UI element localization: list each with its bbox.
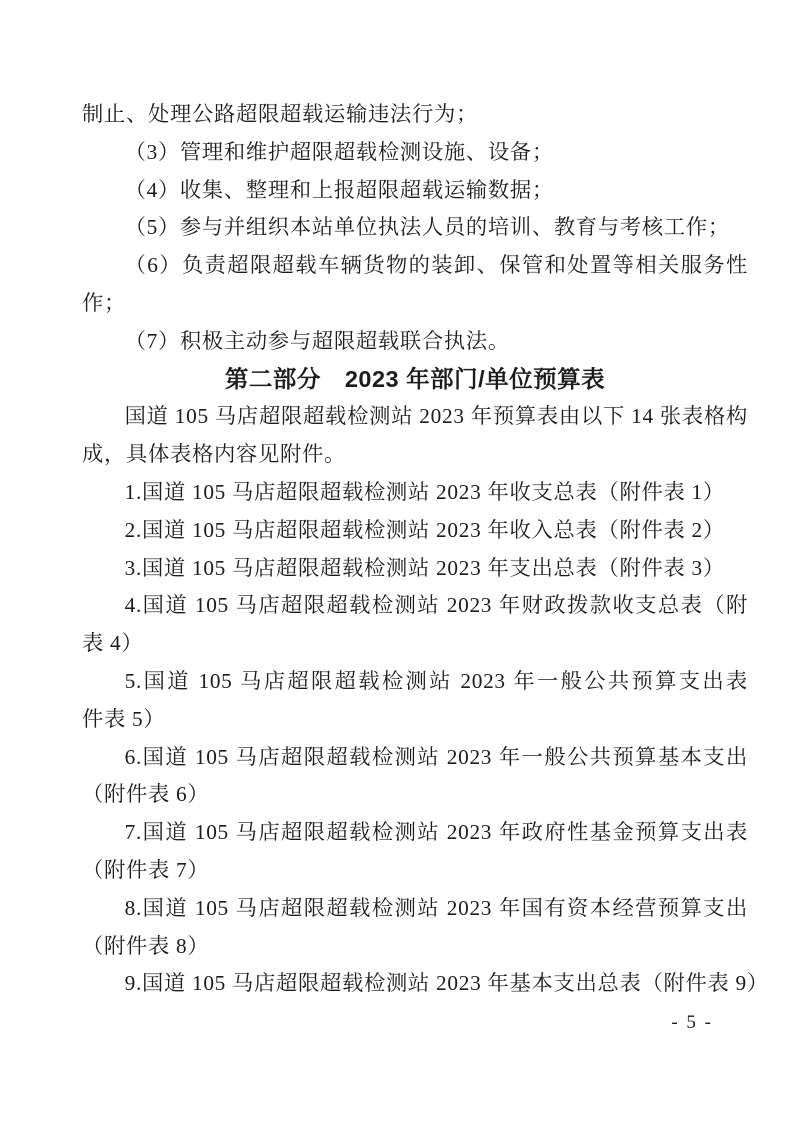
text-line: （附件表 6） bbox=[82, 776, 748, 814]
text-line: （附件表 8） bbox=[82, 928, 748, 966]
text-line: 7.国道 105 马店超限超载检测站 2023 年政府性基金预算支出表 bbox=[82, 814, 748, 852]
text-line: 件表 5） bbox=[82, 701, 748, 739]
text-line: （7）积极主动参与超限超载联合执法。 bbox=[82, 323, 748, 361]
document-page: 制止、处理公路超限超载运输违法行为；（3）管理和维护超限超载检测设施、设备；（4… bbox=[0, 0, 793, 1122]
text-line: 成，具体表格内容见附件。 bbox=[82, 436, 748, 474]
text-line: 6.国道 105 马店超限超载检测站 2023 年一般公共预算基本支出表 bbox=[82, 739, 748, 777]
text-line: （5）参与并组织本站单位执法人员的培训、教育与考核工作； bbox=[82, 209, 748, 247]
text-line: 8.国道 105 马店超限超载检测站 2023 年国有资本经营预算支出表 bbox=[82, 890, 748, 928]
section-heading: 第二部分 2023 年部门/单位预算表 bbox=[82, 361, 748, 399]
text-line: 4.国道 105 马店超限超载检测站 2023 年财政拨款收支总表（附件 bbox=[82, 587, 748, 625]
text-line: 制止、处理公路超限超载运输违法行为； bbox=[82, 96, 748, 134]
text-line: 作； bbox=[82, 285, 748, 323]
text-line: 3.国道 105 马店超限超载检测站 2023 年支出总表（附件表 3） bbox=[82, 550, 748, 588]
text-line: 表 4） bbox=[82, 625, 748, 663]
text-line: 国道 105 马店超限超载检测站 2023 年预算表由以下 14 张表格构 bbox=[82, 398, 748, 436]
body-text: 制止、处理公路超限超载运输违法行为；（3）管理和维护超限超载检测设施、设备；（4… bbox=[82, 96, 748, 1003]
text-line: 5.国道 105 马店超限超载检测站 2023 年一般公共预算支出表（附 bbox=[82, 663, 748, 701]
page-number: - 5 - bbox=[671, 1012, 713, 1034]
text-line: 9.国道 105 马店超限超载检测站 2023 年基本支出总表（附件表 9） bbox=[82, 965, 748, 1003]
text-line: （4）收集、整理和上报超限超载运输数据； bbox=[82, 172, 748, 210]
text-line: （附件表 7） bbox=[82, 852, 748, 890]
text-line: 1.国道 105 马店超限超载检测站 2023 年收支总表（附件表 1） bbox=[82, 474, 748, 512]
text-line: （6）负责超限超载车辆货物的装卸、保管和处置等相关服务性工 bbox=[82, 247, 748, 285]
text-line: （3）管理和维护超限超载检测设施、设备； bbox=[82, 134, 748, 172]
text-line: 2.国道 105 马店超限超载检测站 2023 年收入总表（附件表 2） bbox=[82, 512, 748, 550]
